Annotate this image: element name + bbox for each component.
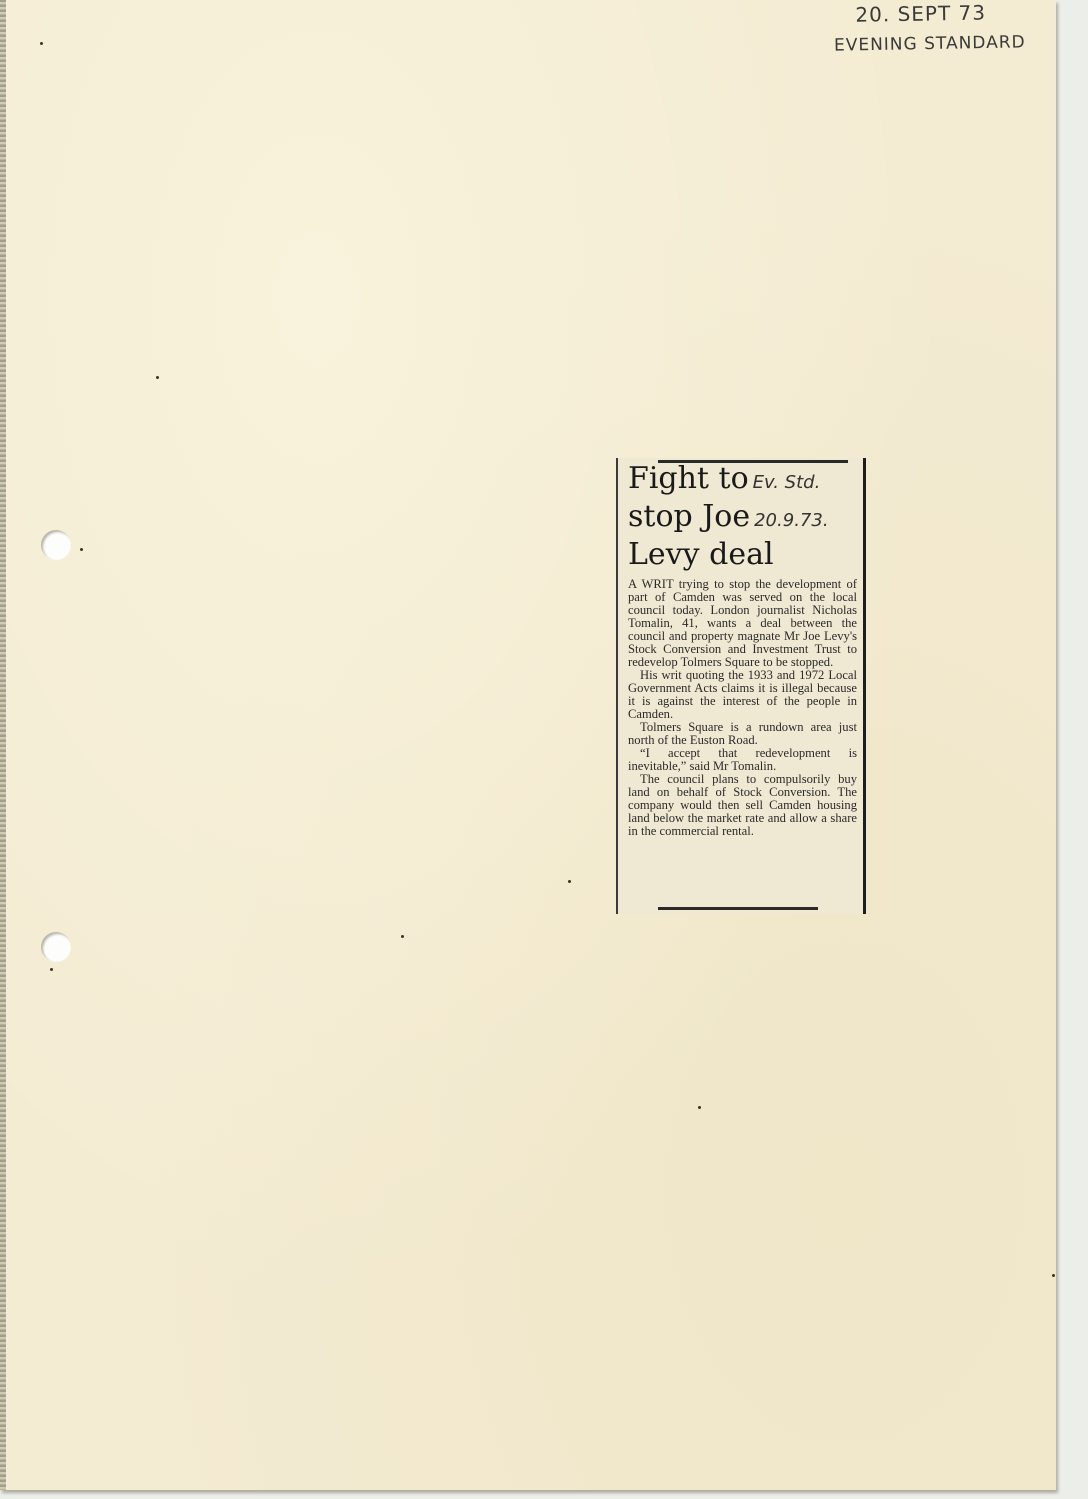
headline-text: Levy deal <box>628 537 774 572</box>
headline-text: Fight to <box>628 461 749 496</box>
paragraph: “I accept that redevelopment is inevitab… <box>628 747 857 773</box>
speck <box>401 935 404 938</box>
speck <box>156 376 159 379</box>
headline-line: Fight toEv. Std. <box>628 462 857 500</box>
speck <box>568 880 571 883</box>
clipping-headline: Fight toEv. Std. stop Joe20.9.73. Levy d… <box>628 462 857 572</box>
document-page: 20. SEPT 73 EVENING STANDARD Fight toEv.… <box>0 0 1056 1490</box>
punch-hole <box>41 932 71 962</box>
clipping-body: A WRIT trying to stop the development of… <box>628 578 857 838</box>
speck <box>80 548 83 551</box>
paragraph: A WRIT trying to stop the development of… <box>628 578 857 669</box>
speck <box>40 42 43 45</box>
speck <box>1052 1274 1055 1277</box>
paragraph: Tolmers Square is a rundown area just no… <box>628 721 857 747</box>
handwritten-note: 20.9.73. <box>754 510 828 531</box>
newspaper-clipping: Fight toEv. Std. stop Joe20.9.73. Levy d… <box>616 458 866 914</box>
speck <box>50 968 53 971</box>
speck <box>698 1106 701 1109</box>
paragraph: The council plans to compulsorily buy la… <box>628 773 857 838</box>
paragraph: His writ quoting the 1933 and 1972 Local… <box>628 669 857 721</box>
headline-text: stop Joe <box>628 499 750 534</box>
binding-edge <box>0 0 6 1490</box>
headline-line: Levy deal <box>628 538 857 572</box>
rule <box>658 460 848 463</box>
handwritten-source: EVENING STANDARD <box>834 32 1026 55</box>
punch-hole <box>41 530 71 560</box>
handwritten-date: 20. SEPT 73 <box>816 1 986 28</box>
headline-line: stop Joe20.9.73. <box>628 500 857 538</box>
rule <box>658 907 818 910</box>
handwritten-note: Ev. Std. <box>753 472 821 493</box>
